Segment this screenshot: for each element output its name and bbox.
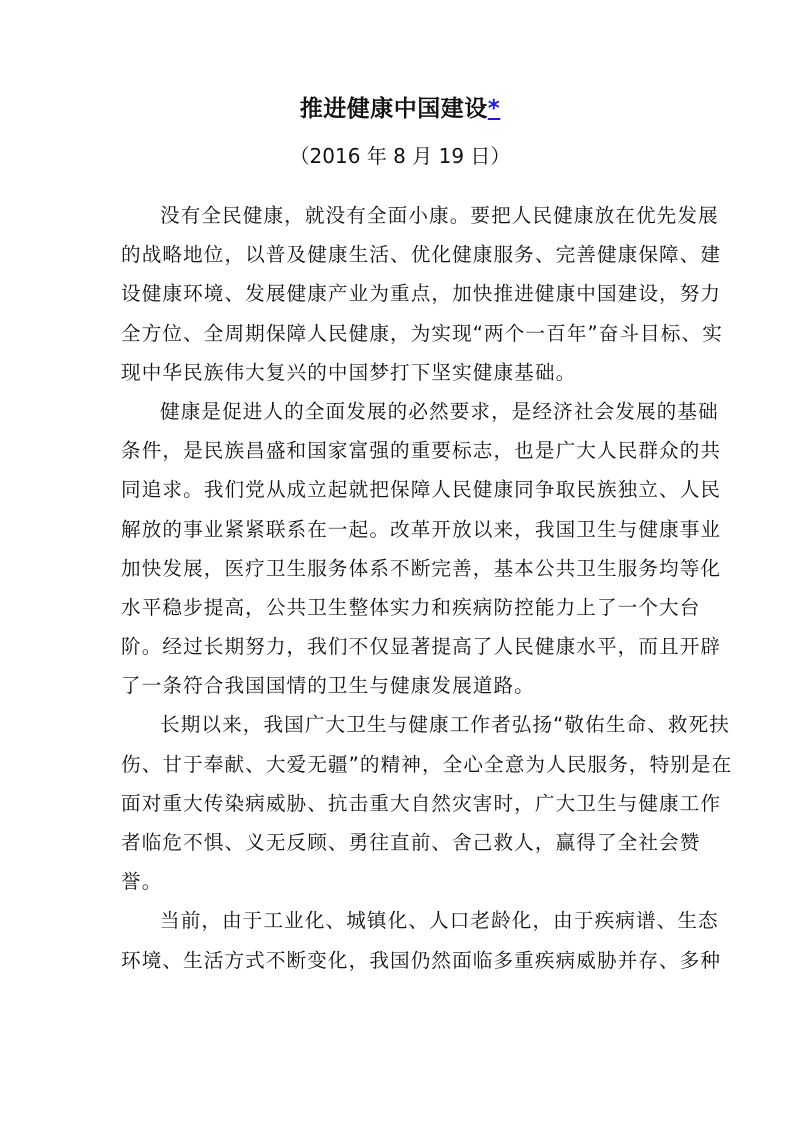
text-line: 健康是促进人的全面发展的必然要求，是经济社会发展的基础: [121, 392, 669, 431]
text-line: 当前，由于工业化、城镇化、人口老龄化，由于疾病谱、生态: [121, 901, 669, 940]
paragraph-1: 没有全民健康，就没有全面小康。要把人民健康放在优先发展 的战略地位，以普及健康生…: [121, 196, 669, 392]
paragraph-2: 健康是促进人的全面发展的必然要求，是经济社会发展的基础 条件，是民族昌盛和国家富…: [121, 392, 669, 706]
document-title: 推进健康中国建设*: [0, 92, 800, 126]
paragraph-4: 当前，由于工业化、城镇化、人口老龄化，由于疾病谱、生态 环境、生活方式不断变化，…: [121, 901, 669, 979]
title-text: 推进健康中国建设: [300, 96, 488, 122]
text-line: 解放的事业紧紧联系在一起。改革开放以来，我国卫生与健康事业: [121, 510, 669, 549]
text-line: 阶。经过长期努力，我们不仅显著提高了人民健康水平，而且开辟: [121, 627, 669, 666]
footnote-link[interactable]: *: [488, 96, 501, 122]
text-line: 伤、甘于奉献、大爱无疆”的精神，全心全意为人民服务，特别是在: [121, 745, 669, 784]
text-line: 长期以来，我国广大卫生与健康工作者弘扬“敬佑生命、救死扶: [121, 705, 669, 744]
text-line: 全方位、全周期保障人民健康，为实现“两个一百年”奋斗目标、实: [121, 314, 669, 353]
text-line: 的战略地位，以普及健康生活、优化健康服务、完善健康保障、建: [121, 235, 669, 274]
document-date: （2016 年 8 月 19 日）: [0, 141, 800, 171]
text-line: 加快发展，医疗卫生服务体系不断完善，基本公共卫生服务均等化: [121, 549, 669, 588]
text-line: 现中华民族伟大复兴的中国梦打下坚实健康基础。: [121, 353, 669, 392]
text-line: 誉。: [121, 862, 669, 901]
text-line: 面对重大传染病威胁、抗击重大自然灾害时，广大卫生与健康工作: [121, 784, 669, 823]
document-page: 推进健康中国建设* （2016 年 8 月 19 日） 没有全民健康，就没有全面…: [0, 0, 800, 1130]
text-line: 设健康环境、发展健康产业为重点，加快推进健康中国建设，努力: [121, 274, 669, 313]
text-line: 同追求。我们党从成立起就把保障人民健康同争取民族独立、人民: [121, 470, 669, 509]
text-line: 水平稳步提高，公共卫生整体实力和疾病防控能力上了一个大台: [121, 588, 669, 627]
document-body: 没有全民健康，就没有全面小康。要把人民健康放在优先发展 的战略地位，以普及健康生…: [121, 196, 669, 980]
text-line: 环境、生活方式不断变化，我国仍然面临多重疾病威胁并存、多种: [121, 941, 669, 980]
text-line: 没有全民健康，就没有全面小康。要把人民健康放在优先发展: [121, 196, 669, 235]
text-line: 者临危不惧、义无反顾、勇往直前、舍己救人，赢得了全社会赞: [121, 823, 669, 862]
paragraph-3: 长期以来，我国广大卫生与健康工作者弘扬“敬佑生命、救死扶 伤、甘于奉献、大爱无疆…: [121, 705, 669, 901]
text-line: 条件，是民族昌盛和国家富强的重要标志，也是广大人民群众的共: [121, 431, 669, 470]
text-line: 了一条符合我国国情的卫生与健康发展道路。: [121, 666, 669, 705]
